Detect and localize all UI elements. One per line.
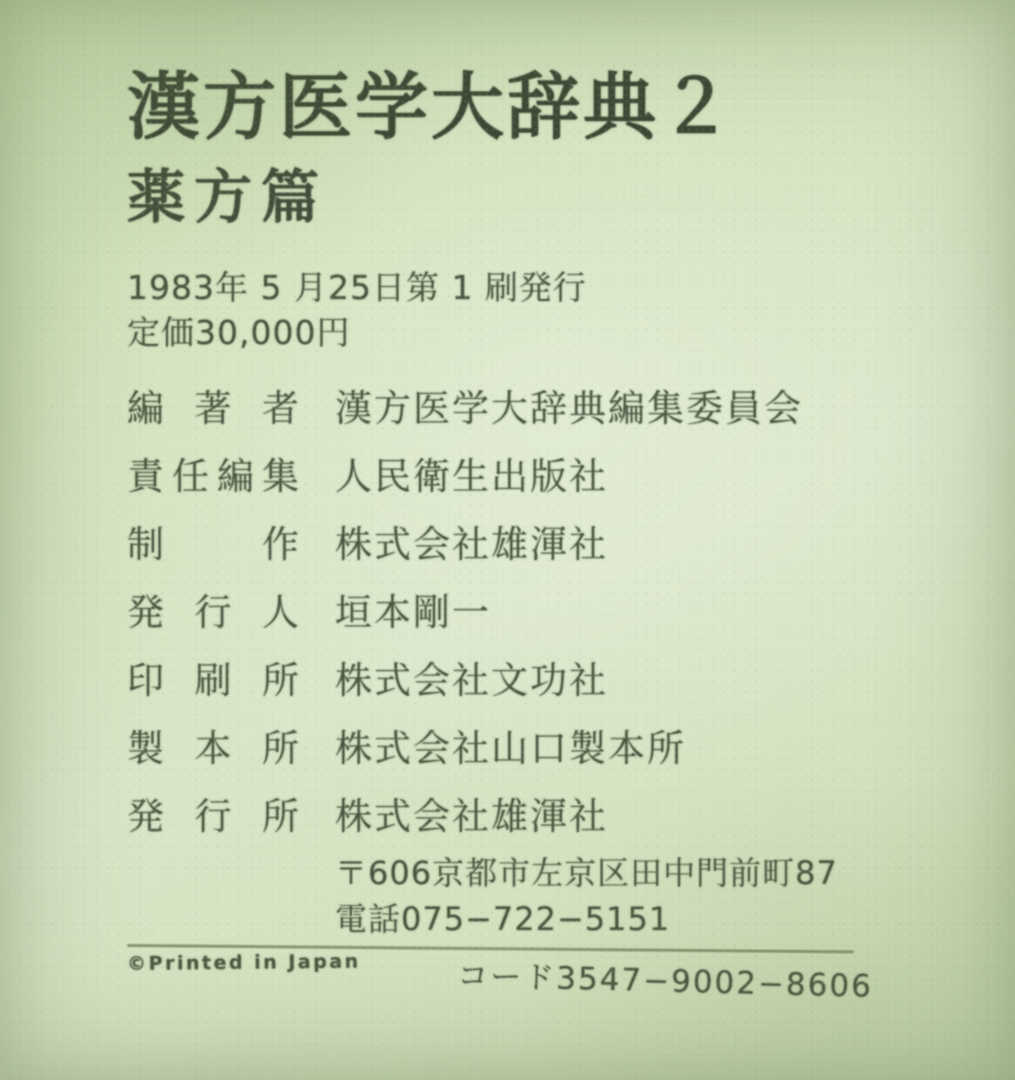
credit-label: 責任編集 [127, 458, 299, 495]
credit-row-publishing-house: 発行所株式会社雄渾社 [127, 798, 803, 835]
credits-list: 編著者漢方医学大辞典編集委員会 責任編集人民衛生出版社 制作株式会社雄渾社 発行… [127, 390, 803, 866]
printed-in-japan-notice: ©Printed in Japan [127, 951, 361, 975]
credit-value: 株式会社山口製本所 [335, 727, 686, 770]
book-colophon-page: 漢方医学大辞典２ 薬方篇 1983年 5 月25日第 1 刷発行 定価30,00… [0, 0, 1015, 1080]
credit-label: 印刷所 [127, 662, 299, 699]
credit-value: 株式会社文功社 [335, 659, 608, 702]
credit-value: 人民衛生出版社 [335, 455, 608, 498]
product-code: コード3547−9002−8606 [457, 950, 874, 1006]
credit-row-production: 制作株式会社雄渾社 [127, 526, 803, 563]
credit-row-bindery: 製本所株式会社山口製本所 [127, 730, 803, 767]
credit-row-chief-editing: 責任編集人民衛生出版社 [127, 458, 803, 495]
publisher-phone: 電話075−722−5151 [335, 896, 838, 942]
book-subtitle: 薬方篇 [127, 150, 328, 234]
credit-value: 垣本剛一 [335, 591, 491, 634]
book-title: 漢方医学大辞典２ [127, 48, 735, 153]
credit-label: 編著者 [127, 390, 299, 427]
credit-label: 発行人 [127, 594, 299, 631]
publisher-contact: 〒606京都市左京区田中門前町87 電話075−722−5151 [335, 850, 838, 942]
credit-label: 製本所 [127, 730, 299, 767]
edition-line: 1983年 5 月25日第 1 刷発行 [127, 262, 587, 309]
credit-row-editor: 編著者漢方医学大辞典編集委員会 [127, 390, 803, 427]
credit-row-publisher-person: 発行人垣本剛一 [127, 594, 803, 631]
credit-value: 株式会社雄渾社 [335, 795, 608, 838]
credit-value: 株式会社雄渾社 [335, 523, 608, 566]
credit-label: 制作 [127, 526, 299, 563]
publisher-address: 〒606京都市左京区田中門前町87 [335, 850, 838, 896]
credit-row-printer: 印刷所株式会社文功社 [127, 662, 803, 699]
credit-label: 発行所 [127, 798, 299, 835]
price-line: 定価30,000円 [127, 307, 350, 354]
credit-value: 漢方医学大辞典編集委員会 [335, 387, 803, 430]
